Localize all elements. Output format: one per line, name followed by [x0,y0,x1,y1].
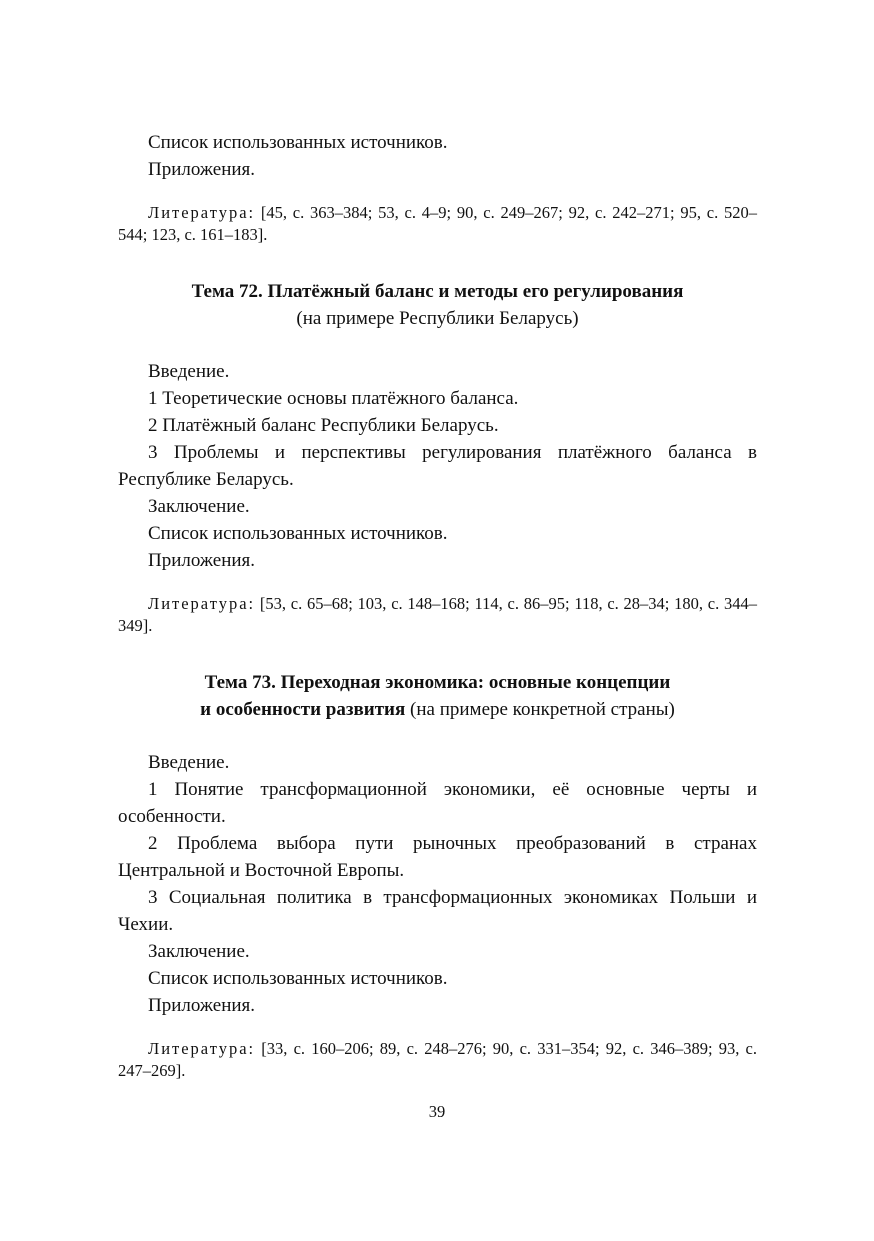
literature-label: Литература: [148,203,255,222]
page-number: 39 [0,1102,874,1122]
literature-reference: Литература: [33, с. 160–206; 89, с. 248–… [118,1038,757,1082]
topic-title-continued: и особенности развития (на примере конкр… [118,696,757,723]
outline-item: Список использованных источников. [118,965,757,992]
topic-title: Тема 72. Платёжный баланс и методы его р… [118,278,757,305]
outline-item: 3 Социальная политика в трансформационны… [118,884,757,938]
outline-item: 2 Проблема выбора пути рыночных преобраз… [118,830,757,884]
outline-item: 1 Понятие трансформационной экономики, е… [118,776,757,830]
outline-item: Заключение. [118,493,757,520]
document-page: Список использованных источников. Прилож… [118,129,757,1082]
literature-label: Литература: [148,1039,255,1058]
outline-item: Приложения. [118,156,757,183]
outline-item: 2 Платёжный баланс Республики Беларусь. [118,412,757,439]
outline-item: Приложения. [118,992,757,1019]
outline-item: Заключение. [118,938,757,965]
outline-item: 3 Проблемы и перспективы регулирования п… [118,439,757,493]
outline-item: Список использованных источников. [118,129,757,156]
outline-item: Введение. [118,358,757,385]
literature-reference: Литература: [53, с. 65–68; 103, с. 148–1… [118,593,757,637]
outline-item: Приложения. [118,547,757,574]
topic-subtitle: (на примере Республики Беларусь) [118,305,757,332]
literature-label: Литература: [148,594,255,613]
outline-item: Введение. [118,749,757,776]
outline-item: Список использованных источников. [118,520,757,547]
topic-title: Тема 73. Переходная экономика: основные … [118,669,757,696]
literature-reference: Литература: [45, с. 363–384; 53, с. 4–9;… [118,202,757,246]
outline-item: 1 Теоретические основы платёжного баланс… [118,385,757,412]
